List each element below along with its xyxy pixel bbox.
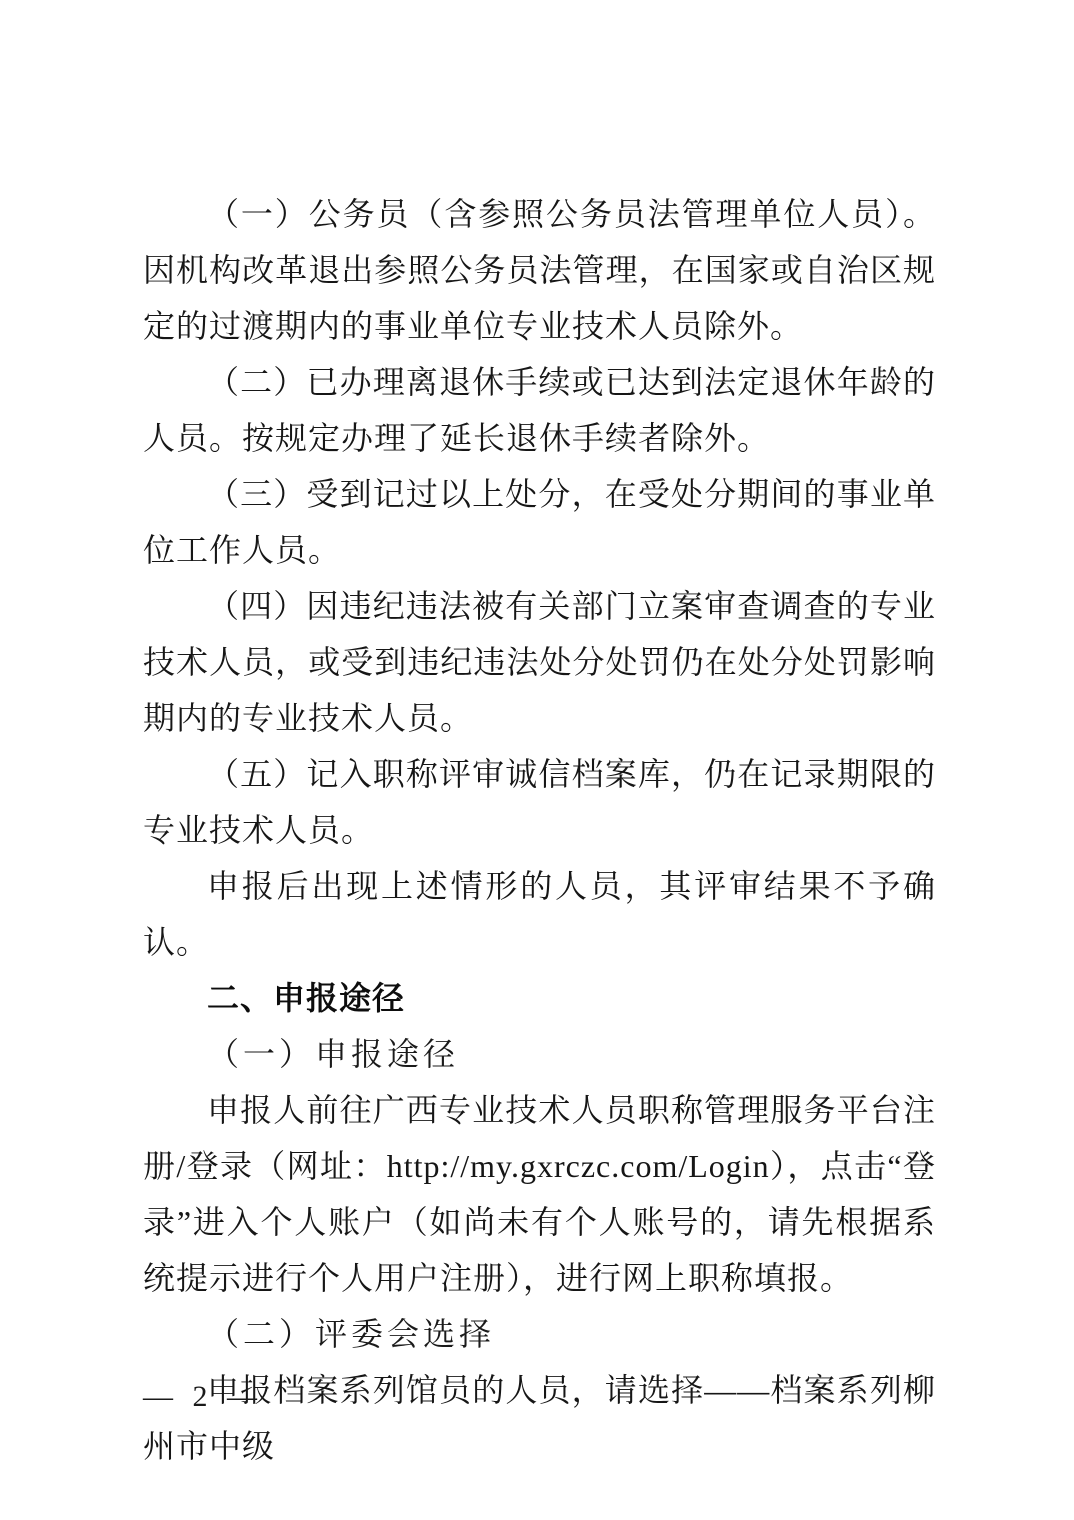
paragraph-exclusion-5: （五）记入职称评审诚信档案库，仍在记录期限的专业技术人员。 [143,746,936,858]
document-body: （一）公务员（含参照公务员法管理单位人员）。因机构改革退出参照公务员法管理，在国… [143,186,936,1474]
section-heading-2: 二、申报途径 [143,970,936,1026]
subsection-heading-2-1: （一）申报途径 [143,1026,936,1082]
paragraph-exclusion-2: （二）已办理离退休手续或已达到法定退休年龄的人员。按规定办理了延长退休手续者除外… [143,354,936,466]
paragraph-exclusion-3: （三）受到记过以上处分，在受处分期间的事业单位工作人员。 [143,466,936,578]
paragraph-exclusion-4: （四）因违纪违法被有关部门立案审查调查的专业技术人员，或受到违纪违法处分处罚仍在… [143,578,936,746]
paragraph-result-note: 申报后出现上述情形的人员，其评审结果不予确认。 [143,858,936,970]
document-page: （一）公务员（含参照公务员法管理单位人员）。因机构改革退出参照公务员法管理，在国… [0,0,1074,1520]
paragraph-exclusion-1: （一）公务员（含参照公务员法管理单位人员）。因机构改革退出参照公务员法管理，在国… [143,186,936,354]
page-number: — 2 — [143,1380,263,1414]
paragraph-committee-select: 申报档案系列馆员的人员，请选择——档案系列柳州市中级 [143,1362,936,1474]
paragraph-platform-login: 申报人前往广西专业技术人员职称管理服务平台注册/登录（网址：http://my.… [143,1082,936,1306]
subsection-heading-2-2: （二）评委会选择 [143,1306,936,1362]
